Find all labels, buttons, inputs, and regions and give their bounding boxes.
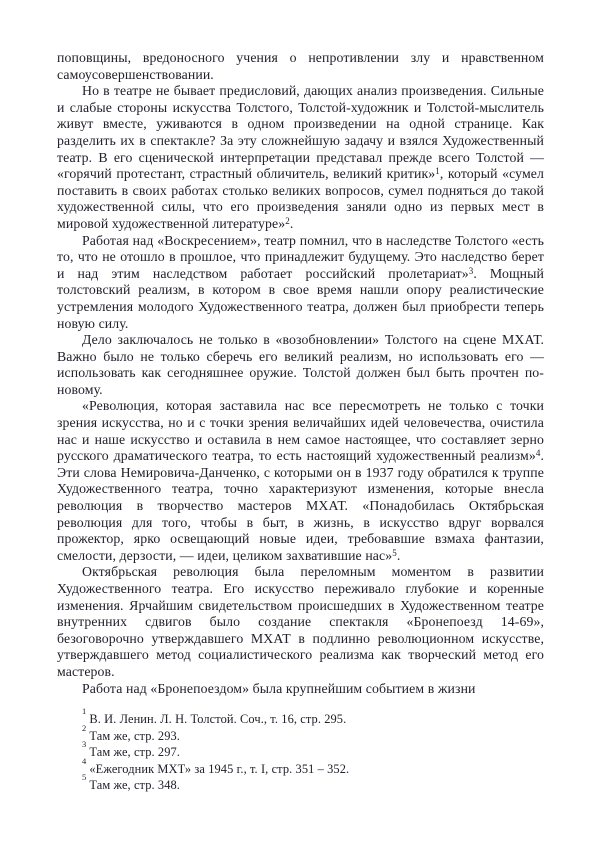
- footnote-number: 2: [82, 723, 86, 733]
- body-text: поповщины, вредоносного учения о непроти…: [57, 50, 544, 794]
- footnote: 2Там же, стр. 293.: [57, 728, 544, 745]
- paragraph: Дело заключалось не только в «возобновле…: [57, 332, 544, 398]
- footnote-marker: 3: [469, 266, 474, 276]
- footnotes-section: 1В. И. Ленин. Л. Н. Толстой. Соч., т. 16…: [57, 711, 544, 794]
- document-page: поповщины, вредоносного учения о непроти…: [0, 0, 600, 849]
- footnote: 5Там же, стр. 348.: [57, 777, 544, 794]
- footnote: 1В. И. Ленин. Л. Н. Толстой. Соч., т. 16…: [57, 711, 544, 728]
- paragraph: Октябрьская революция была переломным мо…: [57, 564, 544, 680]
- footnote: 3Там же, стр. 297.: [57, 744, 544, 761]
- paragraph: Но в театре не бывает предисловий, дающи…: [57, 83, 544, 232]
- footnote-number: 4: [82, 756, 86, 766]
- footnote-number: 5: [82, 772, 86, 782]
- footnote: 4«Ежегодник МХТ» за 1945 г., т. I, стр. …: [57, 761, 544, 778]
- footnote-number: 1: [82, 706, 86, 716]
- paragraph: Работая над «Воскресением», театр помнил…: [57, 233, 544, 333]
- footnote-marker: 1: [435, 166, 440, 176]
- footnote-number: 3: [82, 739, 86, 749]
- paragraph: Работа над «Бронепоездом» была крупнейши…: [57, 681, 544, 698]
- paragraphs-container: поповщины, вредоносного учения о непроти…: [57, 50, 544, 697]
- footnote-marker: 4: [536, 448, 541, 458]
- paragraph: поповщины, вредоносного учения о непроти…: [57, 50, 544, 83]
- paragraph: «Революция, которая заставила нас все пе…: [57, 398, 544, 564]
- footnote-marker: 2: [285, 216, 290, 226]
- footnote-marker: 5: [392, 548, 397, 558]
